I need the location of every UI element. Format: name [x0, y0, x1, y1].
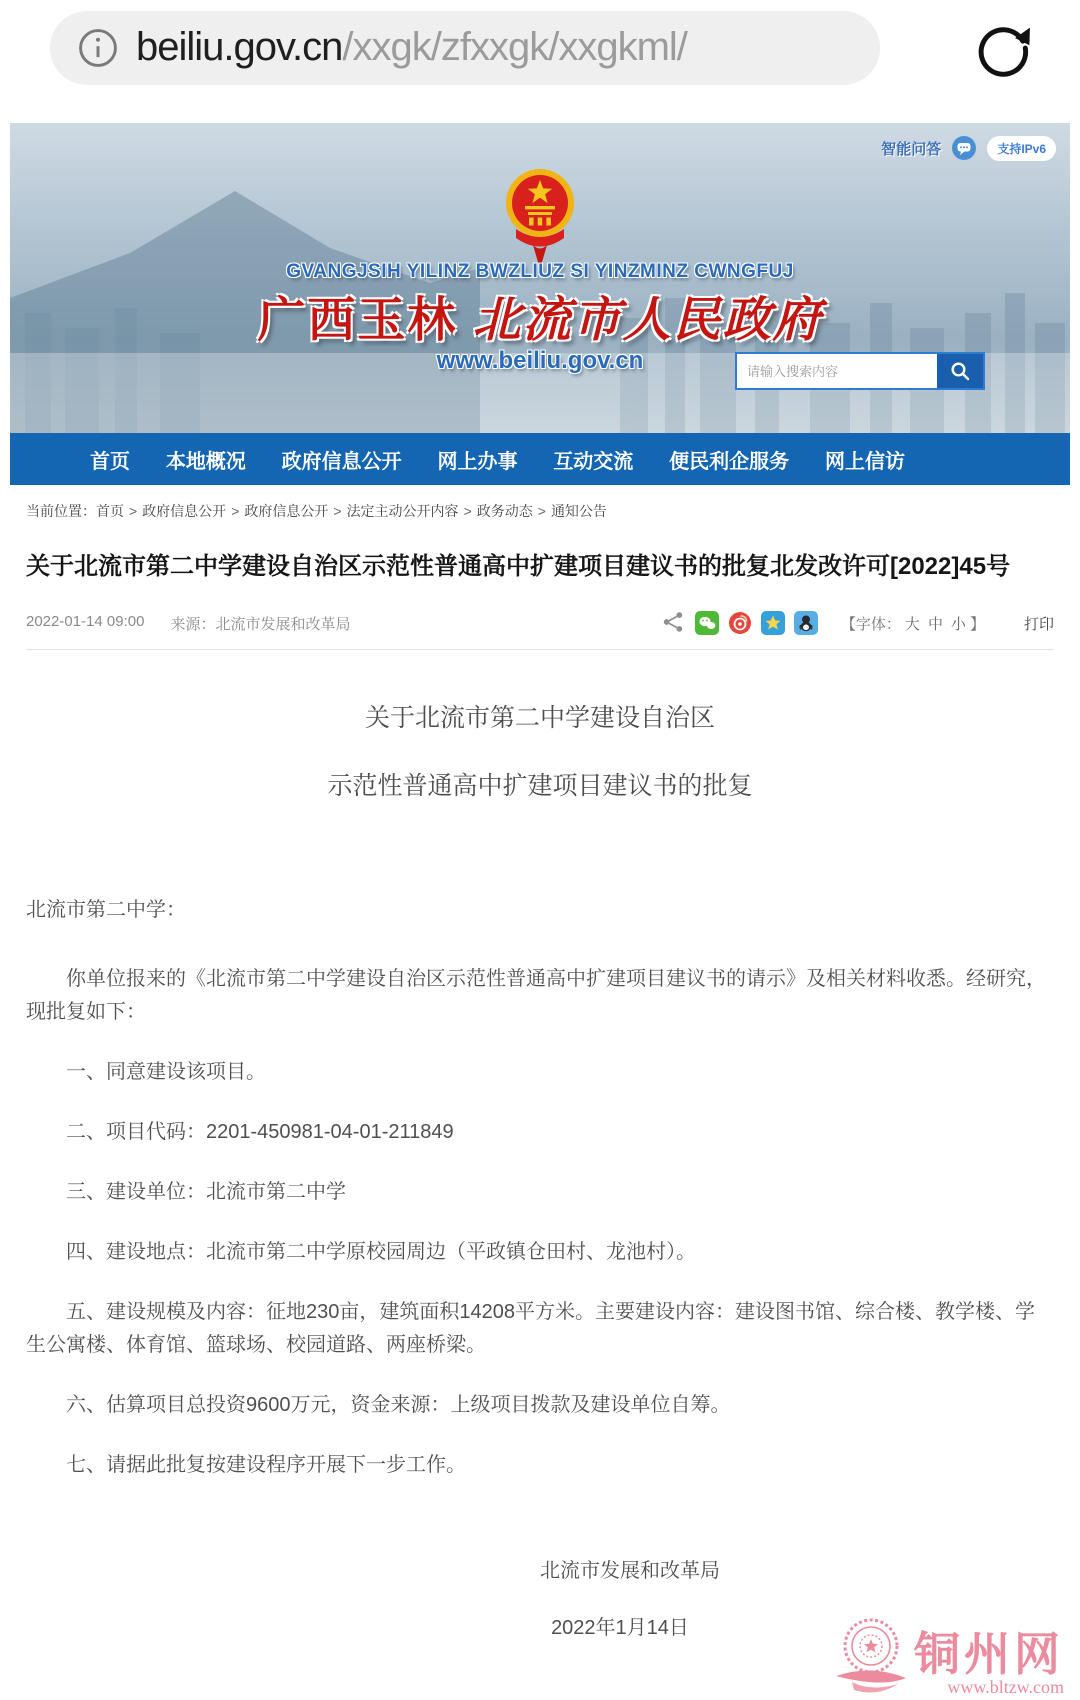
refresh-icon[interactable]	[970, 15, 1036, 81]
nav-item-convenience-services[interactable]: 便民利企服务	[669, 445, 789, 474]
wechat-share-icon[interactable]	[695, 611, 719, 635]
article: 关于北流市第二中学建设自治区示范性普通高中扩建项目建议书的批复北发改许可[202…	[0, 551, 1080, 1640]
font-control-close: 】	[970, 616, 985, 633]
weibo-share-icon[interactable]	[728, 611, 752, 635]
font-size-medium-button[interactable]: 中	[928, 616, 943, 633]
site-title-prefix: 广西玉林	[257, 294, 457, 347]
salutation: 北流市第二中学：	[26, 894, 1054, 927]
qq-share-icon[interactable]	[794, 611, 818, 635]
nav-item-local-overview[interactable]: 本地概况	[166, 445, 246, 474]
search-button[interactable]	[937, 354, 983, 388]
intro-paragraph: 你单位报来的《北流市第二中学建设自治区示范性普通高中扩建项目建议书的请示》及相关…	[26, 963, 1054, 1029]
national-emblem-icon	[500, 165, 580, 274]
document-title-line2: 示范性普通高中扩建项目建议书的批复	[26, 766, 1054, 802]
share-icon[interactable]	[662, 611, 686, 635]
nav-item-interaction[interactable]: 互动交流	[553, 445, 633, 474]
nav-item-home[interactable]: 首页	[90, 445, 130, 474]
print-button[interactable]: 打印	[1024, 613, 1054, 634]
article-source: 来源：北流市发展和改革局	[170, 613, 350, 634]
watermark-name: 铜州网	[914, 1631, 1064, 1677]
approval-item-1: 一、同意建设该项目。	[26, 1056, 1054, 1089]
site-watermark: 铜州网 www.bltzw.com	[832, 1614, 1064, 1698]
approval-item-4: 四、建设地点：北流市第二中学原校园周边（平政镇仓田村、龙池村）。	[26, 1236, 1054, 1269]
approval-item-5: 五、建设规模及内容：征地230亩，建筑面积14208平方米。主要建设内容：建设图…	[26, 1296, 1054, 1362]
main-nav: 首页 本地概况 政府信息公开 网上办事 互动交流 便民利企服务 网上信访	[10, 433, 1070, 485]
font-control-open: 【字体：	[841, 616, 901, 633]
banner-zhuang-title: GVANGJSIH YILINZ BWZLIUZ SI YINZMINZ CWN…	[10, 261, 1070, 283]
watermark-seal-icon	[832, 1614, 910, 1698]
breadcrumb: 当前位置：首页>政府信息公开>政府信息公开>法定主动公开内容>政务动态>通知公告	[0, 485, 1080, 533]
watermark-url: www.bltzw.com	[947, 1677, 1064, 1698]
breadcrumb-separator: >	[129, 503, 137, 519]
site-title-main: 北流市人民政府	[473, 294, 823, 347]
article-meta-row: 2022-01-14 09:00 来源：北流市发展和改革局 【字体：大中小】 打…	[26, 611, 1054, 650]
page-title: 关于北流市第二中学建设自治区示范性普通高中扩建项目建议书的批复北发改许可[202…	[26, 551, 1054, 583]
approval-item-3: 三、建设单位：北流市第二中学	[26, 1176, 1054, 1209]
font-size-large-button[interactable]: 大	[905, 616, 920, 633]
article-meta-left: 2022-01-14 09:00 来源：北流市发展和改革局	[26, 613, 350, 634]
nav-item-online-services[interactable]: 网上办事	[437, 445, 517, 474]
nav-item-online-petition[interactable]: 网上信访	[825, 445, 905, 474]
article-meta-right: 【字体：大中小】 打印	[662, 611, 1054, 635]
banner-site-title: 广西玉林 北流市人民政府	[10, 281, 1070, 350]
document-body: 北流市第二中学： 你单位报来的《北流市第二中学建设自治区示范性普通高中扩建项目建…	[26, 894, 1054, 1482]
info-icon[interactable]	[76, 26, 120, 70]
smart-qa-link[interactable]: 智能问答	[881, 138, 941, 159]
nav-item-gov-info[interactable]: 政府信息公开	[282, 445, 402, 474]
approval-item-2: 二、项目代码：2201-450981-04-01-211849	[26, 1116, 1054, 1149]
breadcrumb-separator: >	[464, 503, 472, 519]
publish-date: 2022-01-14 09:00	[26, 613, 144, 634]
breadcrumb-item-gov-activity[interactable]: 政务动态	[477, 503, 533, 519]
font-size-small-button[interactable]: 小	[951, 616, 966, 633]
watermark-texts: 铜州网 www.bltzw.com	[914, 1631, 1064, 1698]
banner-utility-links: 智能问答 支持IPv6	[881, 135, 1056, 161]
search-icon	[949, 360, 971, 382]
url-path: /xxgk/zfxxgk/xxgkml/	[342, 25, 687, 69]
browser-address-bar: beiliu.gov.cn/xxgk/zfxxgk/xxgkml/	[0, 0, 1080, 95]
breadcrumb-separator: >	[538, 503, 546, 519]
approval-item-6: 六、估算项目总投资9600万元，资金来源：上级项目拨款及建设单位自筹。	[26, 1389, 1054, 1422]
breadcrumb-separator: >	[333, 503, 341, 519]
breadcrumb-separator: >	[231, 503, 239, 519]
search-input[interactable]	[737, 354, 937, 388]
approval-item-7: 七、请据此批复按建设程序开展下一步工作。	[26, 1449, 1054, 1482]
font-size-control: 【字体：大中小】	[841, 613, 985, 634]
url-host: beiliu.gov.cn	[136, 25, 342, 69]
breadcrumb-item-gov-info-1[interactable]: 政府信息公开	[142, 503, 226, 519]
breadcrumb-prefix: 当前位置：	[26, 503, 96, 519]
breadcrumb-item-home[interactable]: 首页	[96, 503, 124, 519]
url-bar[interactable]: beiliu.gov.cn/xxgk/zfxxgk/xxgkml/	[50, 11, 880, 85]
breadcrumb-item-notices[interactable]: 通知公告	[551, 503, 607, 519]
search-box	[735, 352, 985, 390]
smart-qa-icon[interactable]	[951, 135, 977, 161]
qzone-share-icon[interactable]	[761, 611, 785, 635]
breadcrumb-item-statutory-disclosure[interactable]: 法定主动公开内容	[347, 503, 459, 519]
breadcrumb-item-gov-info-2[interactable]: 政府信息公开	[244, 503, 328, 519]
document-title-line1: 关于北流市第二中学建设自治区	[26, 698, 1054, 734]
site-banner: 智能问答 支持IPv6 GVANGJSIH YILINZ BWZLIUZ SI …	[10, 123, 1070, 433]
ipv6-badge[interactable]: 支持IPv6	[987, 136, 1056, 161]
signature-agency: 北流市发展和改革局	[116, 1554, 1080, 1583]
url-text: beiliu.gov.cn/xxgk/zfxxgk/xxgkml/	[136, 25, 687, 70]
